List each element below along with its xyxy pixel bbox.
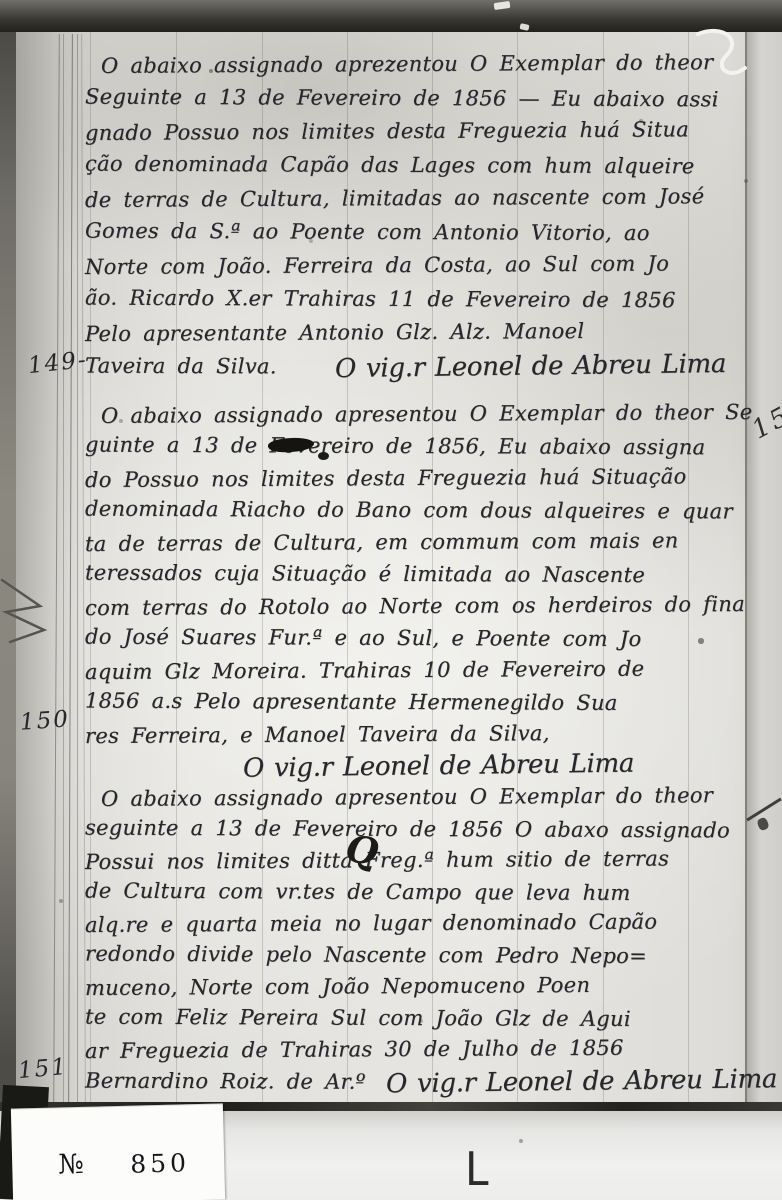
manuscript-line: ta de terras de Cultura, em commum com m…	[85, 524, 745, 560]
manuscript-line: O abaixo assignado apresentou O Exemplar…	[85, 396, 745, 432]
manuscript-line: Pelo apresentante Antonio Glz. Alz. Mano…	[85, 314, 745, 352]
corner-letter-mark: L	[465, 1142, 489, 1196]
declarant-name: Bernardino Roiz. de Ar.º	[85, 1068, 366, 1093]
manuscript-line: O abaixo assignado apresentou O Exemplar…	[85, 780, 745, 816]
manuscript-line: do Possuo nos limites desta Freguezia hu…	[85, 460, 745, 496]
scan-top-band	[0, 0, 782, 32]
vicar-signature: O vig.r Leonel de Abreu Lima	[243, 748, 634, 785]
dust-speckles	[0, 0, 2, 2]
manuscript-line: alq.re e quarta meia no lugar denominado…	[85, 906, 745, 942]
manuscript-line: aquim Glz Moreira. Trahiras 10 de Fevere…	[85, 652, 745, 688]
manuscript-line: seguinte a 13 de Fevereiro de 1856 O aba…	[85, 812, 745, 846]
manuscript-line: gnado Possuo nos limites desta Freguezia…	[85, 113, 745, 151]
manuscript-line: res Ferreira, e Manoel Taveira da Silva,	[85, 716, 745, 752]
manuscript-line: ção denominada Capão das Lages com hum a…	[85, 147, 745, 183]
book-binding	[0, 0, 16, 1105]
manuscript-line: Possui nos limites ditta Freg.ª hum siti…	[85, 843, 745, 879]
manuscript-line: de terras de Cultura, limitadas ao nasce…	[85, 180, 745, 218]
manuscript-entry-151: O abaixo assignado apresentou O Exemplar…	[85, 782, 745, 1097]
manuscript-entry-149: O abaixo assignado aprezentou O Exemplar…	[85, 48, 745, 383]
manuscript-line: denominada Riacho do Bano com dous alque…	[85, 493, 745, 528]
paperclip-wire-icon	[0, 572, 58, 652]
manuscript-line: redondo divide pelo Nascente com Pedro N…	[85, 938, 745, 972]
manuscript-entry-150: O abaixo assignado apresentou O Exemplar…	[85, 398, 745, 782]
scanned-register-page: 149- O abaixo assignado aprezentou O Exe…	[0, 0, 782, 1200]
ink-blot	[318, 452, 329, 460]
numero-symbol: №	[58, 1149, 84, 1181]
manuscript-line: Norte com João. Ferreira da Costa, ao Su…	[85, 247, 745, 285]
binding-shadow	[16, 28, 86, 1105]
manuscript-line: te com Feliz Pereira Sul com João Glz de…	[85, 1001, 745, 1035]
manuscript-line: de Cultura com vr.tes de Campo que leva …	[85, 875, 745, 909]
page-edge-shadow	[747, 28, 761, 1105]
manuscript-line: O abaixo assignado aprezentou O Exemplar…	[85, 46, 745, 84]
entry-number-150: 150	[19, 706, 71, 735]
ink-flourish: Q	[343, 826, 382, 875]
entry-number-151: 151	[17, 1054, 69, 1084]
presenter-name: Taveira da Silva.	[85, 353, 277, 378]
manuscript-line: muceno, Norte com João Nepomuceno Poen	[85, 969, 745, 1005]
manuscript-line: 1856 a.s Pelo apresentante Hermenegildo …	[85, 685, 745, 720]
binding-page-line	[63, 34, 64, 1102]
manuscript-line: Taveira da Silva.O vig.r Leonel de Abreu…	[85, 348, 745, 384]
vicar-signature: O vig.r Leonel de Abreu Lima	[386, 1064, 777, 1101]
manuscript-line: teressados cuja Situação é limitada ao N…	[85, 557, 745, 592]
manuscript-line: Gomes da S.ª ao Poente com Antonio Vitor…	[85, 214, 745, 250]
manuscript-line: do José Suares Fur.ª e ao Sul, e Poente …	[85, 621, 745, 656]
manuscript-line: ar Freguezia de Trahiras 30 de Julho de …	[85, 1032, 745, 1068]
manuscript-line: Bernardino Roiz. de Ar.ºO vig.r Leonel d…	[85, 1064, 745, 1098]
manuscript-line: ão. Ricardo X.er Trahiras 11 de Fevereir…	[85, 281, 745, 317]
number-stamp-label: № 850	[11, 1103, 225, 1200]
stamp-number: 850	[130, 1148, 190, 1178]
manuscript-line: Seguinte a 13 de Fevereiro de 1856 — Eu …	[85, 80, 745, 116]
binding-page-line	[77, 34, 78, 1102]
manuscript-line: com terras do Rotolo ao Norte com os her…	[85, 588, 745, 624]
vicar-signature: O vig.r Leonel de Abreu Lima	[335, 347, 726, 386]
manuscript-line: O vig.r Leonel de Abreu Lima	[85, 749, 745, 784]
manuscript-line: guinte a 13 de Fevereiro de 1856, Eu aba…	[85, 429, 745, 464]
